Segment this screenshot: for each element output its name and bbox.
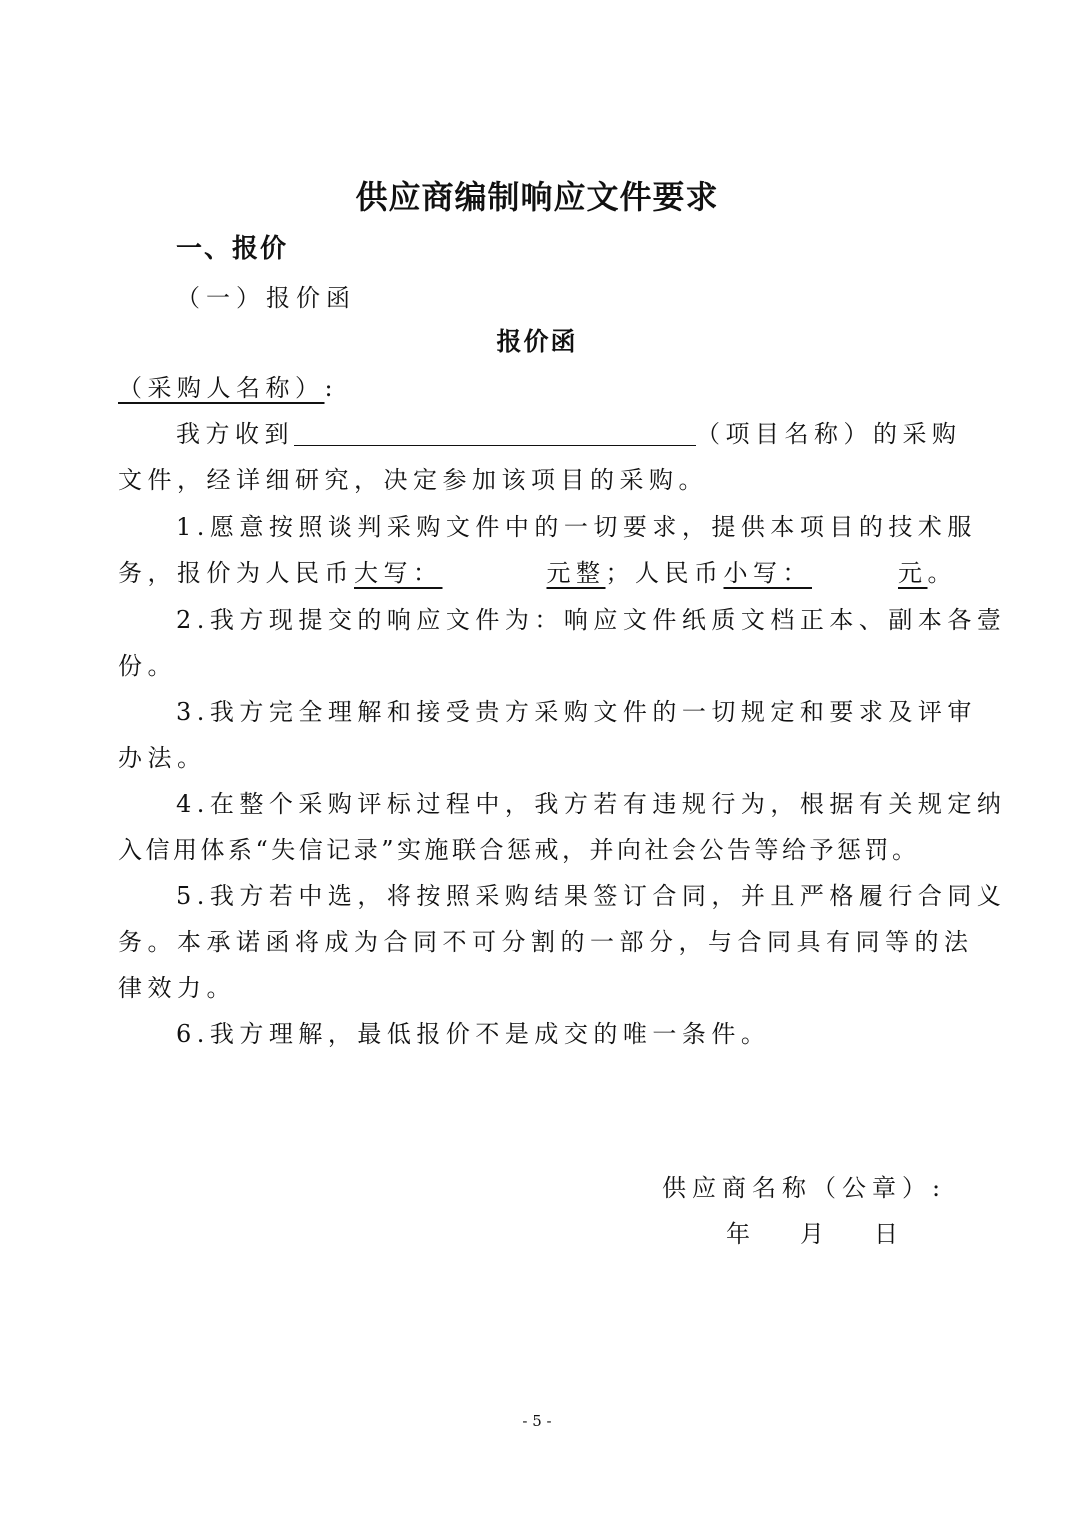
item1-line-1: 1.愿意按照谈判采购文件中的一切要求，提供本项目的技术服 (176, 507, 977, 542)
item1-line-2: 务，报价为人民币大写：元整；人民币小写：元。 (118, 553, 957, 588)
subsection-heading: （一）报价函 (176, 278, 356, 313)
signature-date: 年月日 (726, 1214, 904, 1249)
item1-prefix: 务，报价为人民币 (118, 559, 354, 587)
item1-end: 。 (928, 559, 958, 587)
item5-line-1: 5.我方若中选，将按照采购结果签订合同，并且严格履行合同义 (176, 876, 1006, 911)
letter-title: 报价函 (0, 322, 1074, 358)
upper-unit: 元整 (547, 559, 606, 587)
intro-line-1: 我方收到（项目名称）的采购 (176, 414, 962, 449)
item3-line-1: 3.我方完全理解和接受贵方采购文件的一切规定和要求及评审 (176, 692, 977, 727)
project-name-blank[interactable] (294, 419, 696, 446)
item5-line-3: 律效力。 (118, 968, 236, 1003)
intro-suffix: （项目名称）的采购 (696, 420, 962, 448)
date-day: 日 (874, 1220, 904, 1248)
date-month: 月 (800, 1220, 830, 1248)
date-year: 年 (726, 1220, 756, 1248)
intro-line-2: 文件，经详细研究，决定参加该项目的采购。 (118, 460, 708, 495)
item4-line-2: 入信用体系“失信记录”实施联合惩戒，并向社会公告等给予惩罚。 (118, 830, 920, 865)
item1-mid: ；人民币 (606, 559, 724, 587)
addressee-colon: : (325, 374, 339, 402)
lower-unit: 元 (898, 559, 928, 587)
item6-line-1: 6.我方理解，最低报价不是成交的唯一条件。 (176, 1014, 770, 1049)
section-heading: 一、报价 (176, 228, 288, 265)
document-title: 供应商编制响应文件要求 (0, 172, 1074, 218)
page-number: - 5 - (0, 1412, 1074, 1430)
addressee-field[interactable]: （采购人名称） (118, 374, 325, 402)
supplier-signature-label: 供应商名称（公章）: (662, 1168, 946, 1203)
item4-line-1: 4.在整个采购评标过程中，我方若有违规行为，根据有关规定纳 (176, 784, 1006, 819)
price-lowercase-field[interactable]: 小写：元 (724, 559, 928, 587)
item3-line-2: 办法。 (118, 738, 207, 773)
item5-line-2: 务。本承诺函将成为合同不可分割的一部分，与合同具有同等的法 (118, 922, 974, 957)
price-uppercase-field[interactable]: 大写：元整 (354, 559, 606, 587)
intro-prefix: 我方收到 (176, 420, 294, 448)
item2-line-2: 份。 (118, 646, 177, 681)
item2-line-1: 2.我方现提交的响应文件为：响应文件纸质文档正本、副本各壹 (176, 600, 1006, 635)
lower-label: 小写： (724, 559, 813, 587)
addressee-line: （采购人名称）: (118, 368, 338, 403)
upper-label: 大写： (354, 559, 443, 587)
